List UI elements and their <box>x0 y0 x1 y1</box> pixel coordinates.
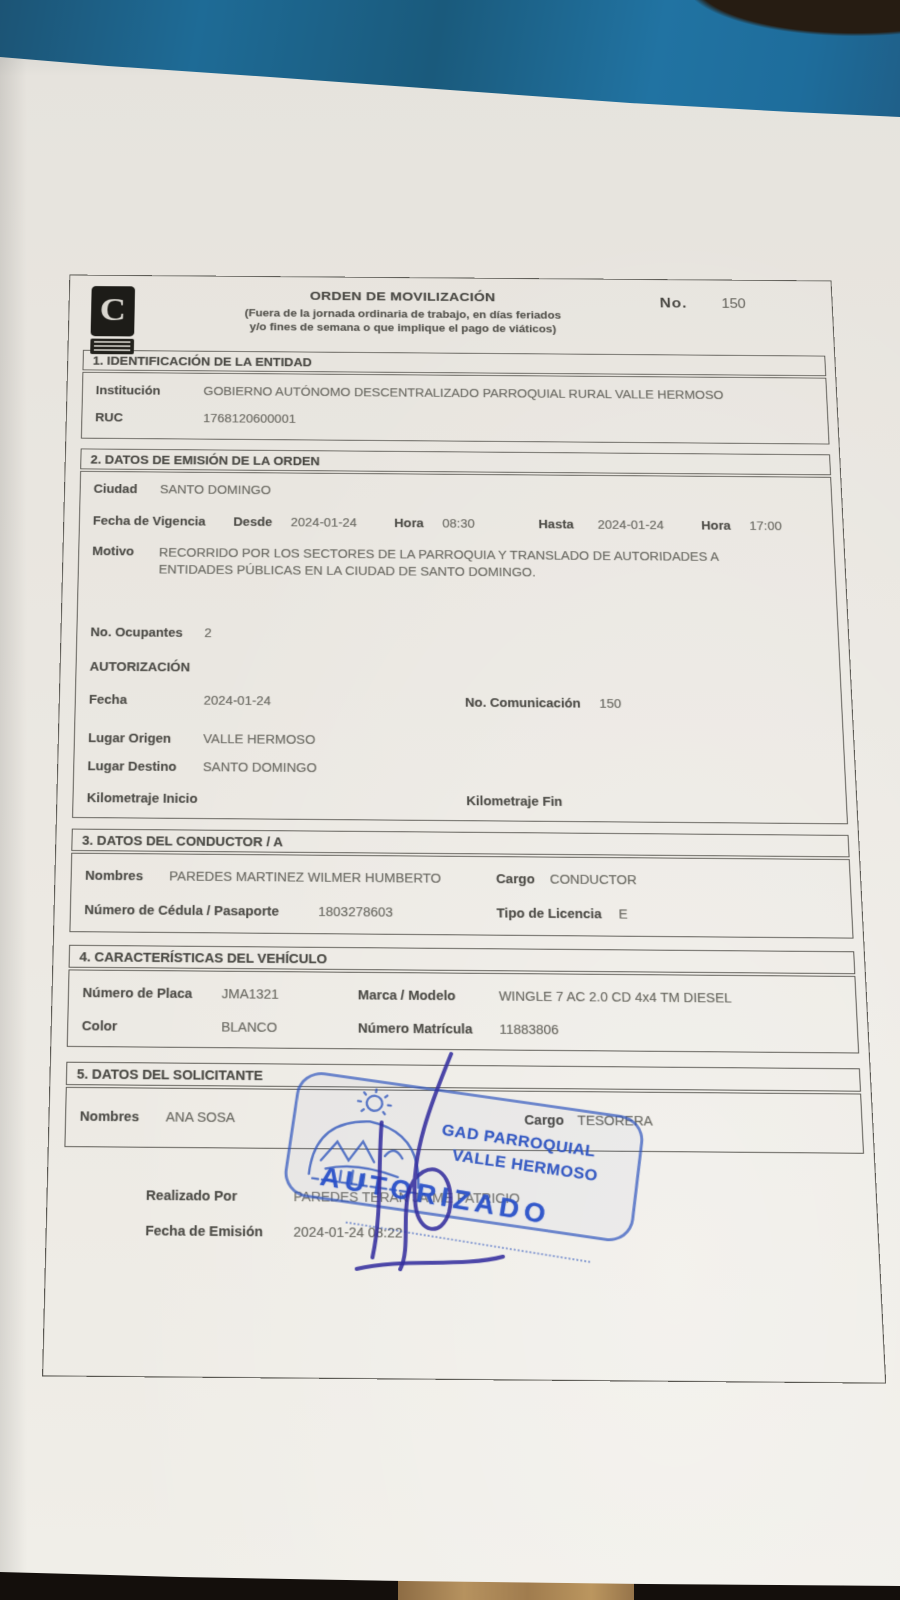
km-inicio-label: Kilometraje Inicio <box>87 791 198 806</box>
field-fecha-autorizacion: Fecha 2024-01-24 No. Comunicación 150 <box>89 692 832 712</box>
realizado-label: Realizado Por <box>146 1188 294 1204</box>
cedula-value: 1803278603 <box>318 904 393 919</box>
paper-sheet: C ORDEN DE MOVILIZACIÓN (Fuera de la jor… <box>0 0 900 1600</box>
background-dark-corner <box>660 0 900 44</box>
matricula-label: Número Matrícula <box>358 1021 496 1037</box>
field-licencia: Tipo de Licencia E <box>496 906 627 922</box>
field-comunicacion: No. Comunicación 150 <box>465 696 622 711</box>
conductor-nombres-label: Nombres <box>85 868 169 883</box>
placa-value: JMA1321 <box>222 986 279 1001</box>
ocupantes-value: 2 <box>204 626 211 640</box>
motivo-value: RECORRIDO POR LOS SECTORES DE LA PARROQU… <box>159 545 735 583</box>
autorizacion-label: AUTORIZACIÓN <box>90 660 191 675</box>
fecha-value: 2024-01-24 <box>204 693 271 707</box>
km-fin-label: Kilometraje Fin <box>466 794 562 809</box>
logo-monogram: C <box>99 293 126 326</box>
page-title: ORDEN DE MOVILIZACIÓN <box>146 288 660 306</box>
hora2-label: Hora <box>701 519 750 533</box>
logo-caption-strip <box>90 339 134 355</box>
ruc-label: RUC <box>95 411 203 425</box>
autorizacion-heading: AUTORIZACIÓN <box>90 660 831 680</box>
fecha-label: Fecha <box>89 692 204 707</box>
hora1-label: Hora <box>394 516 442 530</box>
subtitle-line1: (Fuera de la jornada ordinaria de trabaj… <box>245 307 562 322</box>
hasta-label: Hasta <box>538 517 597 531</box>
marca-value: WINGLE 7 AC 2.0 CD 4x4 TM DIESEL <box>499 989 732 1006</box>
gad-logo-icon: C <box>90 286 139 354</box>
field-origen: Lugar Origen VALLE HERMOSO <box>88 731 834 751</box>
section-vehiculo: 4. CARACTERÍSTICAS DEL VEHÍCULO Número d… <box>67 945 859 1054</box>
gad-emblem-icon: C <box>91 286 135 336</box>
field-motivo: Motivo RECORRIDO POR LOS SECTORES DE LA … <box>92 544 826 583</box>
licencia-value: E <box>618 907 627 922</box>
desde-value: 2024-01-24 <box>291 515 395 529</box>
hora2-value: 17:00 <box>749 519 782 533</box>
order-number-value: 150 <box>721 297 746 311</box>
vigencia-label: Fecha de Vigencia <box>93 514 234 529</box>
form-header: C ORDEN DE MOVILIZACIÓN (Fuera de la jor… <box>68 275 834 355</box>
section-vehiculo-body: Número de Placa JMA1321 Marca / Modelo W… <box>67 970 859 1054</box>
order-number-label: No. <box>659 295 687 311</box>
km-fin: Kilometraje Fin <box>466 794 562 809</box>
hora1-value: 08:30 <box>442 517 538 531</box>
section-emision: 2. DATOS DE EMISIÓN DE LA ORDEN Ciudad S… <box>72 449 848 825</box>
field-institucion: Institución GOBIERNO AUTÓNOMO DESCENTRAL… <box>96 383 818 402</box>
field-conductor-cargo: Cargo CONDUCTOR <box>496 872 637 888</box>
field-conductor-nombres: Nombres PAREDES MARTINEZ WILMER HUMBERTO… <box>85 868 841 889</box>
ciudad-value: SANTO DOMINGO <box>160 482 271 496</box>
order-number: No. 150 <box>659 290 814 312</box>
field-ruc: RUC 1768120600001 <box>95 411 820 444</box>
section-conductor: 3. DATOS DEL CONDUCTOR / A Nombres PARED… <box>69 829 853 939</box>
mobilization-order-form: C ORDEN DE MOVILIZACIÓN (Fuera de la jor… <box>42 275 886 1384</box>
solicitante-nombres-value: ANA SOSA <box>166 1109 235 1125</box>
section-entidad: 1. IDENTIFICACIÓN DE LA ENTIDAD Instituc… <box>81 350 830 445</box>
marca-label: Marca / Modelo <box>358 988 495 1004</box>
conductor-nombres-value: PAREDES MARTINEZ WILMER HUMBERTO <box>169 869 441 886</box>
field-matricula: Número Matrícula 11883806 <box>358 1021 559 1037</box>
desde-label: Desde <box>233 515 290 529</box>
hasta-value: 2024-01-24 <box>597 518 701 532</box>
ciudad-label: Ciudad <box>93 482 160 496</box>
origen-value: VALLE HERMOSO <box>203 732 315 747</box>
comunicacion-value: 150 <box>599 697 621 711</box>
photo-scene: C ORDEN DE MOVILIZACIÓN (Fuera de la jor… <box>0 0 900 1600</box>
motivo-label: Motivo <box>92 544 159 558</box>
institucion-label: Institución <box>96 383 204 397</box>
field-marca: Marca / Modelo WINGLE 7 AC 2.0 CD 4x4 TM… <box>358 988 732 1006</box>
color-label: Color <box>82 1018 222 1034</box>
section-emision-body: Ciudad SANTO DOMINGO Fecha de Vigencia D… <box>72 471 848 824</box>
form-subtitle: (Fuera de la jornada ordinaria de trabaj… <box>145 305 661 337</box>
solicitante-nombres-label: Nombres <box>80 1109 166 1125</box>
form-title-block: ORDEN DE MOVILIZACIÓN (Fuera de la jorna… <box>145 286 661 336</box>
field-destino: Lugar Destino SANTO DOMINGO <box>87 759 835 779</box>
comunicacion-label: No. Comunicación <box>465 696 581 711</box>
placa-label: Número de Placa <box>82 985 221 1001</box>
institucion-value: GOBIERNO AUTÓNOMO DESCENTRALIZADO PARROQ… <box>203 384 723 401</box>
signature-icon <box>342 1044 531 1282</box>
color-value: BLANCO <box>221 1020 277 1035</box>
licencia-label: Tipo de Licencia <box>496 906 601 921</box>
field-ciudad: Ciudad SANTO DOMINGO <box>93 482 822 501</box>
destino-label: Lugar Destino <box>87 759 203 774</box>
destino-value: SANTO DOMINGO <box>203 760 317 775</box>
emision-label: Fecha de Emisión <box>145 1223 293 1240</box>
cedula-label: Número de Cédula / Pasaporte <box>84 902 318 918</box>
section-entidad-body: Institución GOBIERNO AUTÓNOMO DESCENTRAL… <box>81 372 830 445</box>
origen-label: Lugar Origen <box>88 731 203 746</box>
conductor-cargo-label: Cargo <box>496 872 535 887</box>
ocupantes-label: No. Ocupantes <box>90 625 204 640</box>
section-conductor-body: Nombres PAREDES MARTINEZ WILMER HUMBERTO… <box>69 853 853 939</box>
field-vigencia: Fecha de Vigencia Desde 2024-01-24 Hora … <box>93 514 824 533</box>
matricula-value: 11883806 <box>499 1022 559 1037</box>
field-placa: Número de Placa JMA1321 Marca / Modelo W… <box>82 985 846 1006</box>
motivo-blank-space <box>91 577 829 631</box>
field-kilometraje: Kilometraje Inicio Kilometraje Fin <box>86 791 837 824</box>
ruc-value: 1768120600001 <box>203 411 296 425</box>
subtitle-line2: y/o fines de semana o que implique el pa… <box>250 321 557 336</box>
field-cedula: Número de Cédula / Pasaporte 1803278603 … <box>84 902 843 937</box>
conductor-cargo-value: CONDUCTOR <box>550 872 637 887</box>
